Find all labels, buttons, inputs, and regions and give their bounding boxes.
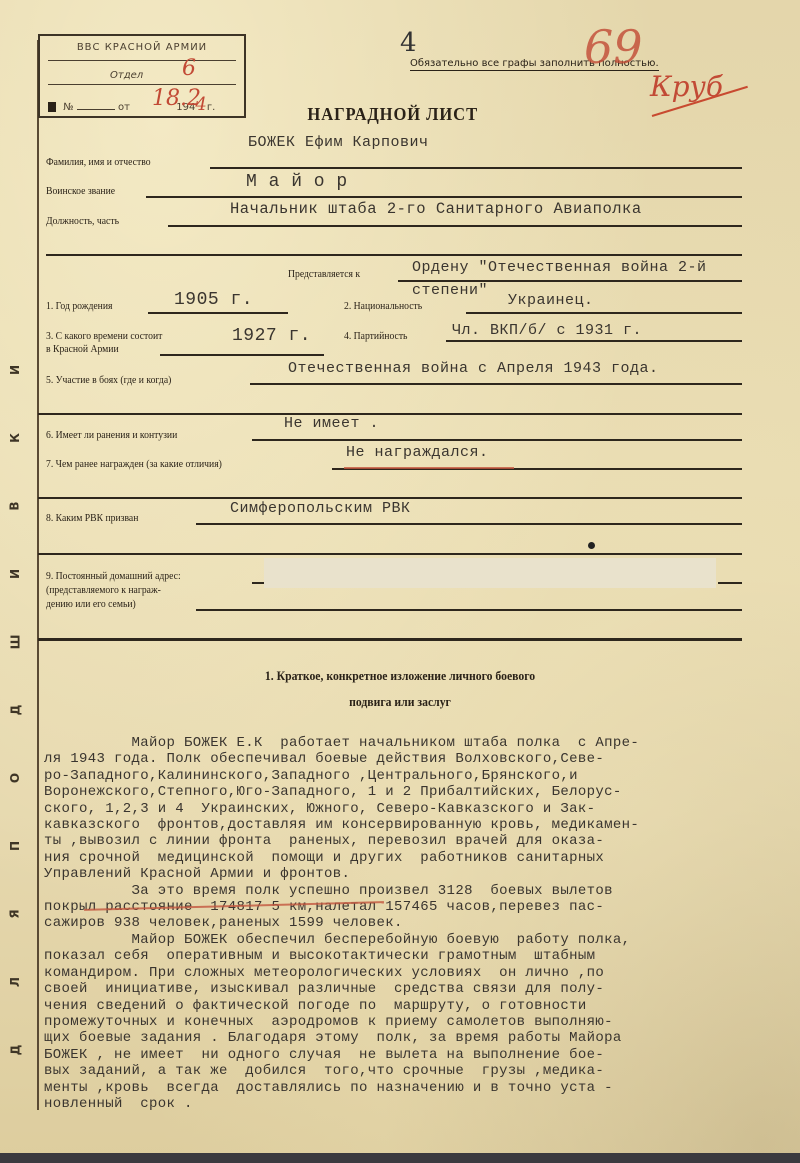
margin-letter: Я <box>5 909 25 918</box>
document-title: НАГРАДНОЙ ЛИСТ <box>307 104 478 125</box>
battles-value: Отечественная война с Апреля 1943 года. <box>288 360 659 377</box>
battles-label: 5. Участие в боях (где и когда) <box>46 374 171 386</box>
party-label: 4. Партийность <box>344 330 407 342</box>
stamp-date-prefix: от <box>118 102 130 113</box>
pencil-page-number: 4 <box>400 28 417 58</box>
draft-office-label: 8. Каким РВК призван <box>46 512 138 524</box>
wounds-label: 6. Имеет ли ранения и контузии <box>46 429 177 441</box>
margin-letter: Д <box>5 1045 25 1056</box>
draft-office-value: Симферопольским РВК <box>230 500 411 517</box>
body-line: ского, 1,2,3 и 4 Украинских, Южного, Сев… <box>44 801 784 817</box>
nominated-for-label: Представляется к <box>288 268 360 280</box>
stamp-year-end: г. <box>207 102 215 113</box>
registry-stamp: ВВС КРАСНОЙ АРМИИ Отдел 6 № от 1944г. 18… <box>38 34 246 118</box>
stamp-dept-handwritten: 6 <box>182 56 196 81</box>
section-heading: 1. Краткое, конкретное изложение личного… <box>40 668 760 684</box>
stamp-date-handwritten: 18.2 <box>152 86 201 111</box>
body-line: ты ,вывозил с линии фронта раненых, пере… <box>44 833 784 849</box>
margin-letter: И <box>5 365 25 375</box>
body-line: щих боевые задания . Благодаря этому пол… <box>44 1030 784 1046</box>
nationality-label: 2. Национальность <box>344 300 422 312</box>
body-line: Воронежского,Степного,Юго-Западного, 1 и… <box>44 784 784 800</box>
margin-rule <box>37 40 39 1110</box>
position-value: Начальник штаба 2-го Санитарного Авиапол… <box>230 200 642 218</box>
body-line: ля 1943 года. Полк обеспечивал боевые де… <box>44 751 784 767</box>
body-line: Майор БОЖЕК обеспечил бесперебойную боев… <box>44 932 784 948</box>
margin-letter: О <box>5 773 25 783</box>
merit-description: Майор БОЖЕК Е.К работает начальником шта… <box>44 735 784 1112</box>
nationality-value: Украинец. <box>508 292 594 309</box>
party-value: Чл. ВКП/б/ с 1931 г. <box>452 322 642 339</box>
stamp-org: ВВС КРАСНОЙ АРМИИ <box>48 42 236 53</box>
red-pencil-number: 69 <box>584 20 643 74</box>
birth-year-value: 1905 г. <box>174 290 253 310</box>
name-label: Фамилия, имя и отчество <box>46 156 151 168</box>
rank-label: Воинское звание <box>46 185 115 197</box>
name-value: БОЖЕК Ефим Карпович <box>248 134 429 151</box>
address-label-3: дению или его семьи) <box>46 598 136 610</box>
body-line: сажиров 938 человек,раненых 1599 человек… <box>44 915 784 931</box>
body-line: Управлений Красной Армии и фронтов. <box>44 866 784 882</box>
body-line: ро-Западного,Калининского,Западного ,Цен… <box>44 768 784 784</box>
margin-label-do-not-sew: Д Л Я П О Д Ш И В К И <box>6 360 24 1060</box>
service-since-value: 1927 г. <box>232 326 311 346</box>
body-line: вых заданий, а так же добился того,что с… <box>44 1063 784 1079</box>
stamp-mark-icon <box>48 102 56 112</box>
stamp-number-label: № <box>63 102 73 113</box>
address-label: 9. Постоянный домашний адрес: <box>46 570 181 582</box>
margin-letter: Д <box>5 705 25 716</box>
body-line: Майор БОЖЕК Е.К работает начальником шта… <box>44 735 784 751</box>
rank-value: М а й о р <box>246 172 348 192</box>
body-line: новленный срок . <box>44 1096 784 1112</box>
body-line: показал себя оперативным и высокотактиче… <box>44 948 784 964</box>
margin-letter: В <box>5 501 25 510</box>
previous-awards-value: Не награждался. <box>346 444 489 461</box>
stamp-dept-label: Отдел <box>110 70 236 81</box>
body-line: ния срочной медицинской помощи и других … <box>44 850 784 866</box>
address-redacted-block <box>264 558 716 588</box>
scan-edge <box>0 1153 800 1163</box>
margin-letter: Л <box>5 977 25 987</box>
body-line: За это время полк успешно произвел 3128 … <box>44 883 784 899</box>
body-line: менты ,кровь всегда доставлялись по назн… <box>44 1080 784 1096</box>
address-label-2: (представляемого к награж- <box>46 584 161 596</box>
nominated-for-value-line1: Ордену "Отечественная война 2-й <box>412 259 707 276</box>
body-line: кавказского фронтов,доставляя им консерв… <box>44 817 784 833</box>
margin-letter: И <box>5 569 25 579</box>
ink-spot <box>588 542 595 549</box>
section-heading-2: подвига или заслуг <box>40 694 760 710</box>
previous-awards-label: 7. Чем ранее награжден (за какие отличия… <box>46 458 222 470</box>
position-label: Должность, часть <box>46 215 119 227</box>
stamp-number-row: № от 1944г. <box>48 94 236 115</box>
margin-letter: Ш <box>5 635 25 650</box>
nominated-for-value-line2: степени" <box>412 282 488 299</box>
body-line: командиром. При сложных метеорологически… <box>44 965 784 981</box>
wounds-value: Не имеет . <box>284 415 379 432</box>
margin-letter: П <box>5 841 25 851</box>
margin-letter: К <box>5 433 25 443</box>
service-since-label-2: в Красной Армии <box>46 343 119 355</box>
body-line: чения сведений о фактической погоде по м… <box>44 998 784 1014</box>
body-line: своей инициативе, изыскивал различные ср… <box>44 981 784 997</box>
body-line: промежуточных и конечных аэродромов к пр… <box>44 1014 784 1030</box>
birth-year-label: 1. Год рождения <box>46 300 112 312</box>
body-line: БОЖЕК , не имеет ни одного случая не выл… <box>44 1047 784 1063</box>
service-since-label: 3. С какого времени состоит <box>46 330 162 342</box>
